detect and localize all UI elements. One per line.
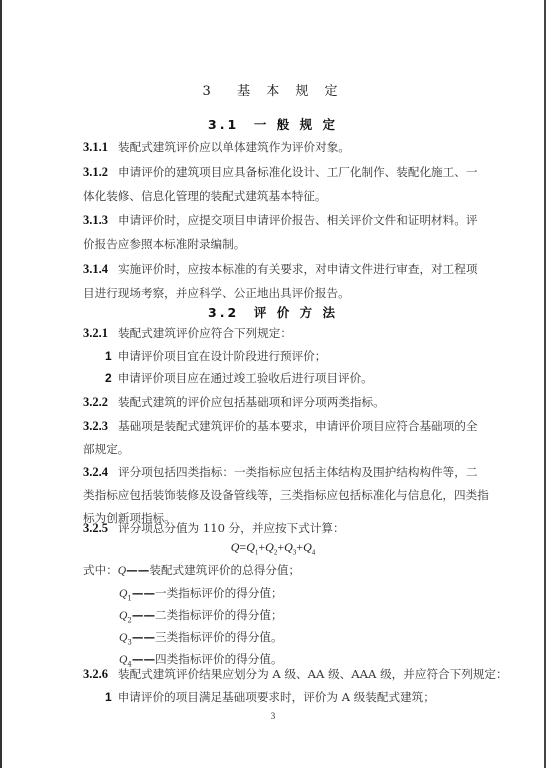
clause-text: 装配式建筑的评价应包括基础项和评分项两类指标。 [118,395,385,409]
formula-symbol: Q [284,540,293,554]
clause-number: 3.1.3 [83,213,108,227]
definition-text: 三类指标评价的得分值。 [155,630,283,644]
definition-q3: Q3——三类指标评价的得分值。 [119,630,509,649]
clause-3-2-6: 3.2.6装配式建筑评价结果应划分为 A 级、AA 级、AAA 级，并应符合下列… [83,667,473,681]
clause-number: 3.1.4 [83,262,108,276]
clause-text: 基础项是装配式建筑评价的基本要求，申请评价项目应符合基础项的全 [118,419,477,433]
clause-text: 评分项总分值为 110 分，并应按下式计算： [118,521,345,535]
clause-number: 3.1.1 [83,140,108,154]
clause-3-2-4: 3.2.4评分项包括四类指标：一类指标应包括主体结构及围护结构构件等，二 [83,465,473,479]
formula-subscript: 4 [312,548,316,556]
section-title: 评 价 方 法 [254,305,338,320]
clause-3-2-2: 3.2.2装配式建筑的评价应包括基础项和评分项两类指标。 [83,395,473,409]
clause-3-1-3-cont: 价报告应参照本标准附录编制。 [83,237,473,251]
clause-3-2-1-item-1: 1申请评价项目宜在设计阶段进行预评价； [105,349,495,363]
section-heading-3-2: 3.2 评 价 方 法 [83,303,463,321]
clause-3-2-1-item-2: 2申请评价项目应在通过竣工验收后进行项目评价。 [105,371,495,385]
clause-3-1-4-cont: 目进行现场考察，并应科学、公正地出具评价报告。 [83,286,473,300]
clause-number: 3.2.4 [83,465,108,479]
definition-q2: Q2——二类指标评价的得分值； [119,608,509,627]
item-text: 申请评价的项目满足基础项要求时，评价为 A 级装配式建筑； [118,690,435,704]
section-title: 一 般 规 定 [254,117,338,132]
clause-3-1-4: 3.1.4实施评价时，应按本标准的有关要求，对申请文件进行审查，对工程项 [83,262,473,276]
clause-text: 装配式建筑评价应符合下列规定： [118,326,292,340]
definition-text: 装配式建筑评价的总得分值； [149,563,300,577]
clause-text: 装配式建筑评价结果应划分为 A 级、AA 级、AAA 级，并应符合下列规定： [118,667,508,681]
item-number: 1 [105,690,112,704]
section-heading-3-1: 3.1 一 般 规 定 [83,115,463,133]
clause-3-2-3: 3.2.3基础项是装配式建筑评价的基本要求，申请评价项目应符合基础项的全 [83,419,473,433]
clause-text: 申请评价的建筑项目应具备标准化设计、工厂化制作、装配化施工、一 [118,165,477,179]
clause-3-2-5: 3.2.5评分项总分值为 110 分，并应按下式计算： [83,521,473,535]
clause-3-1-2: 3.1.2申请评价的建筑项目应具备标准化设计、工厂化制作、装配化施工、一 [83,165,473,179]
clause-3-2-1: 3.2.1装配式建筑评价应符合下列规定： [83,326,473,340]
item-number: 1 [105,349,112,363]
page-edge-left [0,0,2,768]
clause-text: 类指标应包括装饰装修及设备管线等，三类指标应包括标准化与信息化，四类指 [83,488,489,502]
definition-text: 一类指标评价的得分值； [155,586,283,600]
clause-3-2-6-item-1: 1申请评价的项目满足基础项要求时，评价为 A 级装配式建筑； [105,690,495,704]
clause-3-1-2-cont: 体化装修、信息化管理的装配式建筑基本特征。 [83,189,473,203]
clause-text: 申请评价时，应提交项目申请评价报告、相关评价文件和证明材料。评 [118,213,477,227]
definition-dash: —— [132,608,155,622]
clause-text: 价报告应参照本标准附录编制。 [83,237,245,251]
clause-number: 3.2.5 [83,521,108,535]
clause-3-1-3: 3.1.3申请评价时，应提交项目申请评价报告、相关评价文件和证明材料。评 [83,213,473,227]
definition-dash: —— [132,586,155,600]
definitions-prefix: 式中： [83,563,118,577]
definition-text: 四类指标评价的得分值。 [155,652,283,666]
clause-3-1-1: 3.1.1装配式建筑评价应以单体建筑作为评价对象。 [83,140,473,154]
chapter-number: 3 [203,84,217,99]
clause-number: 3.1.2 [83,165,108,179]
clause-text: 目进行现场考察，并应科学、公正地出具评价报告。 [83,286,350,300]
section-number: 3.2 [208,305,239,320]
clause-text: 实施评价时，应按本标准的有关要求，对申请文件进行审查，对工程项 [118,262,477,276]
clause-3-2-3-cont: 部规定。 [83,442,473,456]
section-number: 3.1 [208,117,239,132]
score-formula: Q=Q1+Q2+Q3+Q4 [83,540,463,556]
definition-dash: —— [126,563,149,577]
definition-q: 式中：Q——装配式建筑评价的总得分值； [83,563,473,578]
clause-number: 3.2.1 [83,326,108,340]
item-number: 2 [105,371,112,385]
clause-text: 体化装修、信息化管理的装配式建筑基本特征。 [83,189,326,203]
chapter-title: 基 本 规 定 [237,84,343,99]
clause-number: 3.2.3 [83,419,108,433]
definition-q1: Q1——一类指标评价的得分值； [119,586,509,605]
item-text: 申请评价项目宜在设计阶段进行预评价； [118,349,327,363]
clause-3-2-4-cont-1: 类指标应包括装饰装修及设备管线等，三类指标应包括标准化与信息化，四类指 [83,488,473,502]
formula-symbol: Q [246,540,255,554]
definition-dash: —— [132,630,155,644]
chapter-heading: 3 基 本 规 定 [83,80,463,99]
clause-text: 评分项包括四类指标：一类指标应包括主体结构及围护结构构件等，二 [118,465,477,479]
definition-symbol: Q [118,564,126,577]
definition-text: 二类指标评价的得分值； [155,608,283,622]
clause-number: 3.2.2 [83,395,108,409]
clause-text: 装配式建筑评价应以单体建筑作为评价对象。 [118,140,350,154]
item-text: 申请评价项目应在通过竣工验收后进行项目评价。 [118,371,373,385]
formula-symbol: Q [265,540,274,554]
formula-symbol: Q [303,540,312,554]
definition-dash: —— [132,652,155,666]
clause-number: 3.2.6 [83,667,108,681]
clause-text: 部规定。 [83,442,129,456]
page-number: 3 [83,711,463,721]
